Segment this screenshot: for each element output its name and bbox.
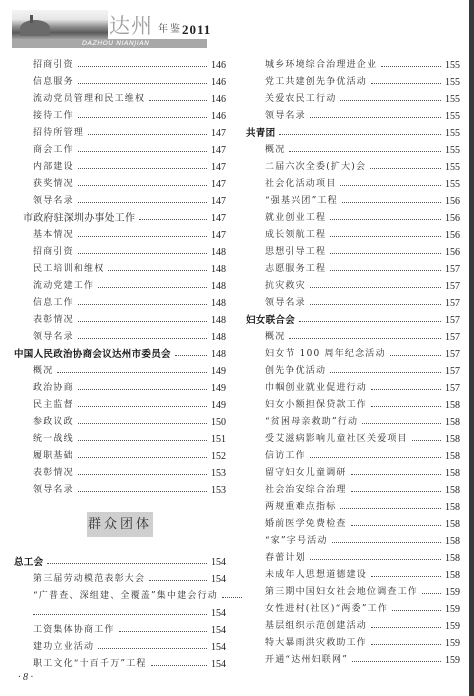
- toc-entry[interactable]: 两规重难点指标158: [246, 499, 460, 516]
- toc-entry[interactable]: 参政议政150: [14, 414, 226, 431]
- dot-leader: [299, 312, 443, 329]
- toc-section-entry[interactable]: 共青团155: [246, 125, 460, 142]
- toc-entry[interactable]: 领导名录147: [14, 193, 226, 210]
- toc-entry[interactable]: 领导名录153: [14, 482, 226, 499]
- toc-entry-title: 特大暴雨洪灾救助工作: [246, 635, 371, 652]
- dot-leader: [310, 108, 443, 125]
- toc-entry-title: 关爱农民工行动: [246, 91, 340, 108]
- toc-entry-title: “家”字号活动: [246, 533, 332, 550]
- toc-entry-title: 信息服务: [14, 74, 78, 91]
- page-number: · 8 ·: [18, 672, 33, 683]
- toc-entry-title: 表彰情况: [14, 465, 78, 482]
- dot-leader: [330, 227, 443, 244]
- toc-entry-title: 中国人民政治协商会议达州市委员会: [14, 346, 175, 363]
- toc-entry-title: 思想引导工程: [246, 244, 330, 261]
- toc-section-entry[interactable]: 中国人民政治协商会议达州市委员会148: [14, 346, 226, 363]
- toc-entry-title: 两规重难点指标: [246, 499, 340, 516]
- toc-entry-page: 154: [209, 639, 226, 656]
- dot-leader: [371, 567, 443, 584]
- toc-entry-page: 147: [209, 193, 226, 210]
- dot-leader: [78, 465, 209, 482]
- header-subtitle: DAZHOU NIANJIAN: [82, 39, 149, 48]
- toc-entry[interactable]: 信息工作148: [14, 295, 226, 312]
- toc-entry-title: 领导名录: [246, 295, 310, 312]
- toc-entry[interactable]: 未成年人思想道德建设158: [246, 567, 460, 584]
- dot-leader: [151, 656, 209, 673]
- toc-entry[interactable]: 女性进村(社区)“两委”工作159: [246, 601, 460, 618]
- toc-entry-title: 创先争优活动: [246, 363, 330, 380]
- toc-entry-page: 153: [209, 482, 226, 499]
- toc-entry[interactable]: 第三期中国妇女社会地位调查工作159: [246, 584, 460, 601]
- toc-entry[interactable]: 内部建设147: [14, 159, 226, 176]
- hill-shape: [20, 20, 50, 36]
- toc-entry-title: 党工共建创先争优活动: [246, 74, 371, 91]
- toc-entry-title: 基本情况: [14, 227, 78, 244]
- toc-entry[interactable]: 巾帼创业就业促进行动157: [246, 380, 460, 397]
- toc-entry-page: 155: [443, 108, 460, 125]
- toc-entry-page: 156: [443, 244, 460, 261]
- toc-entry-title: 领导名录: [14, 193, 78, 210]
- toc-entry-page: 158: [443, 567, 460, 584]
- header-year: 2011: [182, 22, 211, 38]
- toc-entry-page: 157: [443, 312, 460, 329]
- toc-entry[interactable]: “家”字号活动158: [246, 533, 460, 550]
- toc-entry-page: 147: [209, 176, 226, 193]
- dot-leader: [371, 397, 443, 414]
- toc-entry[interactable]: 表彰情况148: [14, 312, 226, 329]
- toc-entry-page: 149: [209, 380, 226, 397]
- toc-entry-title: 抗灾救灾: [246, 278, 310, 295]
- toc-entry-title: 就业创业工程: [246, 210, 330, 227]
- toc-entry-title: 招商引资: [14, 57, 78, 74]
- toc-entry-page: 158: [443, 465, 460, 482]
- toc-section-entry[interactable]: 妇女联合会157: [246, 312, 460, 329]
- toc-entry[interactable]: 建功立业活动154: [14, 639, 226, 656]
- toc-entry-title: 留守妇女儿童调研: [246, 465, 351, 482]
- toc-entry-page: 158: [443, 533, 460, 550]
- dot-leader: [422, 584, 443, 601]
- toc-entry-page: 150: [209, 414, 226, 431]
- toc-entry-page: 154: [209, 656, 226, 673]
- toc-entry[interactable]: 妇女节 100 周年纪念活动157: [246, 346, 460, 363]
- dot-leader: [175, 346, 209, 363]
- dot-leader: [370, 159, 443, 176]
- toc-entry-page: 155: [443, 74, 460, 91]
- toc-entry-page: 147: [209, 159, 226, 176]
- dot-leader: [351, 516, 443, 533]
- toc-entry-title: 接待工作: [14, 108, 78, 125]
- toc-entry[interactable]: 流动党员管理和民工维权146: [14, 91, 226, 108]
- toc-entry[interactable]: 概况155: [246, 142, 460, 159]
- toc-entry-page: 154: [209, 554, 226, 571]
- dot-leader: [371, 618, 443, 635]
- toc-entry[interactable]: 招待所管理147: [14, 125, 226, 142]
- toc-entry-page: 149: [209, 363, 226, 380]
- toc-entry[interactable]: 领导名录157: [246, 295, 460, 312]
- toc-entry-title: “广普查、深组建、全覆盖”集中建会行动: [14, 588, 222, 605]
- dot-leader: [78, 57, 209, 74]
- dot-leader: [78, 193, 209, 210]
- toc-section-entry[interactable]: 市政府驻深圳办事处工作147: [14, 210, 226, 227]
- dot-leader: [340, 499, 443, 516]
- toc-entry-page: 148: [209, 261, 226, 278]
- toc-entry-title: 第三届劳动模范表彰大会: [14, 571, 149, 588]
- toc-entry[interactable]: 流动党建工作148: [14, 278, 226, 295]
- toc-entry-title: 获奖情况: [14, 176, 78, 193]
- toc-entry-title: 社会治安综合治理: [246, 482, 351, 499]
- toc-entry-page: 158: [443, 550, 460, 567]
- toc-entry[interactable]: “贫困母亲救助”行动158: [246, 414, 460, 431]
- section-heading-mass-organizations: 群众团体: [87, 512, 153, 537]
- toc-entry[interactable]: 特大暴雨洪灾救助工作159: [246, 635, 460, 652]
- dot-leader: [108, 261, 209, 278]
- dot-leader: [289, 329, 443, 346]
- toc-entry[interactable]: 第三届劳动模范表彰大会154: [14, 571, 226, 588]
- toc-entry[interactable]: 关爱农民工行动155: [246, 91, 460, 108]
- toc-entry-title: 成长领航工程: [246, 227, 330, 244]
- toc-entry-title: 参政议政: [14, 414, 78, 431]
- toc-entry-title: 第三期中国妇女社会地位调查工作: [246, 584, 422, 601]
- dot-leader: [78, 414, 209, 431]
- toc-entry[interactable]: 获奖情况147: [14, 176, 226, 193]
- toc-entry-page: 157: [443, 261, 460, 278]
- toc-entry[interactable]: 志愿服务工程157: [246, 261, 460, 278]
- toc-entry-page: 155: [443, 91, 460, 108]
- dot-leader: [310, 550, 443, 567]
- toc-entry-title: 志愿服务工程: [246, 261, 330, 278]
- toc-entry[interactable]: 抗灾救灾157: [246, 278, 460, 295]
- toc-entry-page: 147: [209, 125, 226, 142]
- toc-entry-title: 概况: [246, 329, 289, 346]
- dot-leader: [340, 91, 443, 108]
- toc-entry-page: 159: [443, 652, 460, 669]
- pagoda-shape: [30, 15, 33, 23]
- toc-entry-page: 155: [443, 57, 460, 74]
- toc-entry-title: 民工培训和维权: [14, 261, 108, 278]
- toc-entry[interactable]: 概况157: [246, 329, 460, 346]
- toc-entry-title: 概况: [14, 363, 57, 380]
- toc-entry[interactable]: 成长领航工程156: [246, 227, 460, 244]
- dot-leader: [78, 431, 209, 448]
- dot-leader: [390, 346, 443, 363]
- toc-entry-title: 民主监督: [14, 397, 78, 414]
- dot-leader: [78, 244, 209, 261]
- toc-entry[interactable]: 妇女小额担保贷款工作158: [246, 397, 460, 414]
- toc-entry[interactable]: 履职基础152: [14, 448, 226, 465]
- toc-entry-title: “强基兴团”工程: [246, 193, 342, 210]
- toc-entry-title: 妇女节 100 周年纪念活动: [246, 346, 390, 363]
- dot-leader: [78, 295, 209, 312]
- dot-leader: [342, 193, 443, 210]
- header-nianjian: 年鉴: [158, 24, 182, 36]
- toc-entry-page: 153: [209, 465, 226, 482]
- toc-entry-page: 148: [209, 244, 226, 261]
- toc-entry-title: 内部建设: [14, 159, 78, 176]
- toc-entry-page: 146: [209, 74, 226, 91]
- toc-entry-title: 履职基础: [14, 448, 78, 465]
- toc-entry-page: 159: [443, 635, 460, 652]
- dot-leader: [310, 278, 443, 295]
- dot-leader: [332, 533, 443, 550]
- dot-leader: [149, 91, 209, 108]
- dot-leader: [310, 448, 443, 465]
- toc-entry-title: 建功立业活动: [14, 639, 98, 656]
- toc-entry-title: 总工会: [14, 554, 47, 571]
- toc-entry-page: 157: [443, 329, 460, 346]
- dot-leader: [330, 244, 443, 261]
- toc-entry-title: “贫困母亲救助”行动: [246, 414, 362, 431]
- toc-entry[interactable]: 思想引导工程156: [246, 244, 460, 261]
- toc-entry-title: 政治协商: [14, 380, 78, 397]
- dot-leader: [340, 176, 443, 193]
- toc-entry-page: 147: [209, 227, 226, 244]
- dot-leader: [352, 652, 443, 669]
- dot-leader: [279, 125, 443, 142]
- dot-leader: [310, 295, 443, 312]
- toc-entry[interactable]: 统一战线151: [14, 431, 226, 448]
- almanac-header: DAZHOU NIANJIAN 达州 年鉴 2011: [12, 8, 207, 52]
- toc-entry-page: 155: [443, 159, 460, 176]
- dot-leader: [78, 176, 209, 193]
- dot-leader: [381, 57, 443, 74]
- toc-entry-title: 女性进村(社区)“两委”工作: [246, 601, 392, 618]
- toc-entry-title: 信息工作: [14, 295, 78, 312]
- dot-leader: [362, 414, 443, 431]
- toc-entry-page: 147: [209, 142, 226, 159]
- toc-entry[interactable]: 创先争优活动157: [246, 363, 460, 380]
- dot-leader: [330, 261, 443, 278]
- dot-leader: [139, 210, 209, 227]
- dot-leader: [78, 159, 209, 176]
- dot-leader: [78, 227, 209, 244]
- toc-entry[interactable]: 信访工作158: [246, 448, 460, 465]
- dot-leader: [330, 363, 443, 380]
- toc-entry[interactable]: 154: [14, 605, 226, 622]
- toc-entry-page: 158: [443, 431, 460, 448]
- toc-entry-title: 巾帼创业就业促进行动: [246, 380, 371, 397]
- dot-leader: [392, 601, 443, 618]
- toc-entry[interactable]: 春蕾计划158: [246, 550, 460, 567]
- toc-entry[interactable]: 二届六次全委(扩大)会155: [246, 159, 460, 176]
- dot-leader: [88, 125, 209, 142]
- toc-entry-page: 148: [209, 329, 226, 346]
- toc-entry[interactable]: 招商引资146: [14, 57, 226, 74]
- toc-entry-page: 154: [209, 605, 226, 622]
- toc-entry-title: 统一战线: [14, 431, 78, 448]
- toc-entry[interactable]: 商会工作147: [14, 142, 226, 159]
- dot-leader: [149, 571, 209, 588]
- toc-entry-page: 157: [443, 380, 460, 397]
- toc-entry-page: 156: [443, 227, 460, 244]
- toc-entry[interactable]: 概况149: [14, 363, 226, 380]
- toc-entry-page: 146: [209, 91, 226, 108]
- toc-entry-page: 151: [209, 431, 226, 448]
- toc-entry-page: 159: [443, 601, 460, 618]
- dot-leader: [78, 329, 209, 346]
- toc-entry[interactable]: “广普查、深组建、全覆盖”集中建会行动: [14, 588, 226, 605]
- toc-entry[interactable]: 留守妇女儿童调研158: [246, 465, 460, 482]
- toc-entry-page: 146: [209, 57, 226, 74]
- toc-entry-title: 城乡环境综合治理进企业: [246, 57, 381, 74]
- toc-entry-page: 156: [443, 193, 460, 210]
- toc-entry[interactable]: 政治协商149: [14, 380, 226, 397]
- toc-entry-page: 157: [443, 346, 460, 363]
- toc-entry-title: 流动党建工作: [14, 278, 98, 295]
- toc-entry-title: 未成年人思想道德建设: [246, 567, 371, 584]
- toc-entry[interactable]: 社会治安综合治理158: [246, 482, 460, 499]
- page-edge-bar: [469, 0, 474, 696]
- dot-leader: [222, 588, 244, 605]
- toc-entry-page: 148: [209, 346, 226, 363]
- toc-entry-page: 157: [443, 295, 460, 312]
- toc-entry-title: 妇女联合会: [246, 312, 299, 329]
- toc-entry[interactable]: 婚前医学免费检查158: [246, 516, 460, 533]
- toc-entry-title: 招待所管理: [14, 125, 88, 142]
- toc-entry[interactable]: 党工共建创先争优活动155: [246, 74, 460, 91]
- toc-entry-page: 158: [443, 414, 460, 431]
- dot-leader: [78, 142, 209, 159]
- toc-entry-page: 159: [443, 584, 460, 601]
- toc-entry-page: 152: [209, 448, 226, 465]
- toc-entry-title: 职工文化“十百千万”工程: [14, 656, 151, 673]
- toc-entry-title: 基层组织示范创建活动: [246, 618, 371, 635]
- toc-entry-page: 148: [209, 278, 226, 295]
- toc-entry-title: 市政府驻深圳办事处工作: [14, 210, 139, 227]
- toc-entry-title: 表彰情况: [14, 312, 78, 329]
- dot-leader: [330, 210, 443, 227]
- header-title: 达州: [109, 14, 153, 38]
- dot-leader: [33, 605, 209, 622]
- dot-leader: [78, 108, 209, 125]
- dot-leader: [78, 74, 209, 91]
- dot-leader: [371, 74, 443, 91]
- dot-leader: [351, 465, 443, 482]
- toc-entry-title: 招商引资: [14, 244, 78, 261]
- dot-leader: [78, 380, 209, 397]
- toc-entry-page: 158: [443, 516, 460, 533]
- toc-entry-page: 155: [443, 176, 460, 193]
- toc-entry-page: 157: [443, 363, 460, 380]
- toc-entry-page: 158: [443, 448, 460, 465]
- toc-entry[interactable]: 基本情况147: [14, 227, 226, 244]
- toc-entry-page: 158: [443, 499, 460, 516]
- toc-entry[interactable]: 受艾滋病影响儿童社区关爱项目158: [246, 431, 460, 448]
- dot-leader: [371, 635, 443, 652]
- toc-entry-page: 147: [209, 210, 226, 227]
- toc-entry[interactable]: 民工培训和维权148: [14, 261, 226, 278]
- toc-entry[interactable]: 社会化活动项目155: [246, 176, 460, 193]
- toc-entry-page: 146: [209, 108, 226, 125]
- toc-entry-title: 婚前医学免费检查: [246, 516, 351, 533]
- toc-entry-title: 春蕾计划: [246, 550, 310, 567]
- dot-leader: [289, 142, 443, 159]
- toc-entry[interactable]: 民主监督149: [14, 397, 226, 414]
- toc-entry-page: 159: [443, 618, 460, 635]
- dot-leader: [371, 380, 443, 397]
- dot-leader: [412, 431, 443, 448]
- toc-entry-title: 领导名录: [14, 329, 78, 346]
- toc-entry-title: 社会化活动项目: [246, 176, 340, 193]
- toc-entry[interactable]: 基层组织示范创建活动159: [246, 618, 460, 635]
- toc-entry[interactable]: 招商引资148: [14, 244, 226, 261]
- toc-entry-title: 工资集体协商工作: [14, 622, 119, 639]
- toc-entry[interactable]: 信息服务146: [14, 74, 226, 91]
- toc-entry-page: 157: [443, 278, 460, 295]
- toc-entry-title: 受艾滋病影响儿童社区关爱项目: [246, 431, 412, 448]
- toc-entry-title: 开通“达州妇联网”: [246, 652, 352, 669]
- toc-entry-title: 二届六次全委(扩大)会: [246, 159, 370, 176]
- toc-entry-page: 148: [209, 312, 226, 329]
- toc-entry-title: 流动党员管理和民工维权: [14, 91, 149, 108]
- toc-entry-page: 158: [443, 482, 460, 499]
- dot-leader: [47, 554, 209, 571]
- dot-leader: [351, 482, 443, 499]
- toc-entry-title: 信访工作: [246, 448, 310, 465]
- toc-entry-page: 154: [209, 622, 226, 639]
- toc-entry-page: 156: [443, 210, 460, 227]
- toc-entry[interactable]: 职工文化“十百千万”工程154: [14, 656, 226, 673]
- dot-leader: [98, 639, 209, 656]
- toc-entry-page: 154: [209, 571, 226, 588]
- toc-entry-page: 148: [209, 295, 226, 312]
- toc-entry[interactable]: 领导名录155: [246, 108, 460, 125]
- dot-leader: [78, 448, 209, 465]
- toc-entry-title: 商会工作: [14, 142, 78, 159]
- toc-entry[interactable]: 表彰情况153: [14, 465, 226, 482]
- dot-leader: [57, 363, 209, 380]
- toc-entry-title: 共青团: [246, 125, 279, 142]
- toc-entry[interactable]: 城乡环境综合治理进企业155: [246, 57, 460, 74]
- toc-entry-page: 158: [443, 397, 460, 414]
- toc-entry-page: 149: [209, 397, 226, 414]
- toc-entry[interactable]: 开通“达州妇联网”159: [246, 652, 460, 669]
- toc-entry[interactable]: 接待工作146: [14, 108, 226, 125]
- dot-leader: [78, 397, 209, 414]
- toc-entry[interactable]: 就业创业工程156: [246, 210, 460, 227]
- toc-entry-title: 妇女小额担保贷款工作: [246, 397, 371, 414]
- toc-entry-title: 概况: [246, 142, 289, 159]
- dot-leader: [98, 278, 209, 295]
- toc-entry-title: 领导名录: [14, 482, 78, 499]
- dot-leader: [119, 622, 209, 639]
- toc-entry-page: 155: [443, 125, 460, 142]
- dot-leader: [78, 482, 209, 499]
- toc-entry[interactable]: “强基兴团”工程156: [246, 193, 460, 210]
- toc-entry-title: 领导名录: [246, 108, 310, 125]
- toc-entry[interactable]: 领导名录148: [14, 329, 226, 346]
- toc-entry-page: 155: [443, 142, 460, 159]
- toc-section-entry[interactable]: 总工会154: [14, 554, 226, 571]
- toc-entry[interactable]: 工资集体协商工作154: [14, 622, 226, 639]
- dot-leader: [78, 312, 209, 329]
